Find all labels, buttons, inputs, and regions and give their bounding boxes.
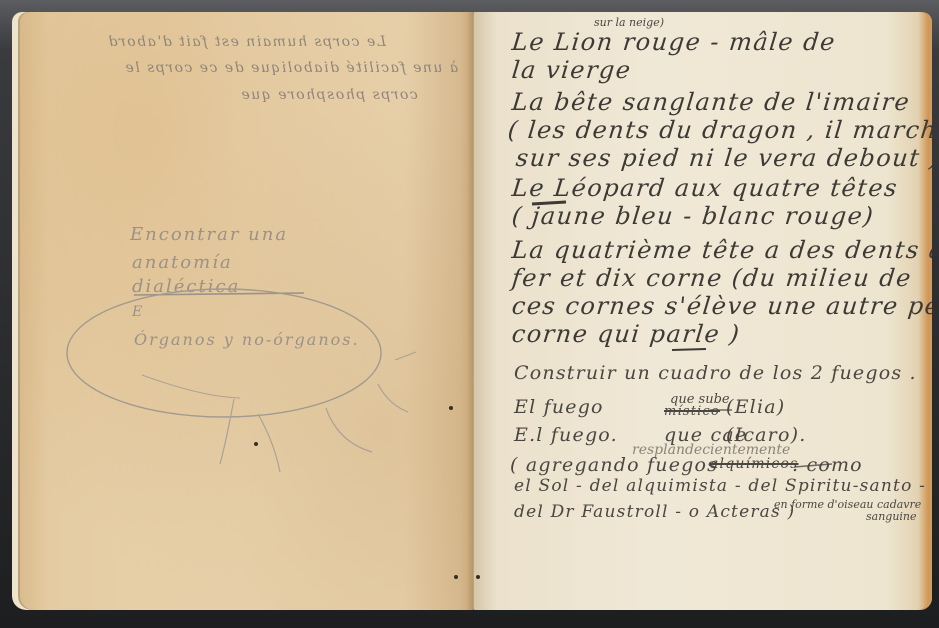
pencil-note-line-3: dialéctica <box>132 276 240 297</box>
bleed-through-line-3: corps phosphore que <box>240 87 418 103</box>
pencil-note-line-1: Encontrar una <box>130 224 288 245</box>
ink-spot <box>476 575 480 579</box>
ink-line-11: corne qui parle ) <box>511 320 742 348</box>
ink-line-7: ( jaune bleu - blanc rouge) <box>511 202 876 230</box>
bleed-text: Le corps humain est fait d'abord <box>107 34 386 50</box>
open-notebook: Le corps humain est fait d'abord à une f… <box>12 12 932 612</box>
ink-spot <box>449 406 453 410</box>
ink-spot <box>254 442 258 446</box>
ink-line-10: ces cornes s'élève une autre petite <box>511 292 932 320</box>
bleed-text: corps phosphore que <box>240 87 418 103</box>
ink-line-8: La quatrième tête a des dents a <box>511 236 932 264</box>
pencil-line-5: del Dr Faustroll - o Acteras ) <box>514 502 795 522</box>
pencil-note-line-2: anatomía <box>132 252 233 273</box>
right-page: sur la neige) Le Lion rouge - mâle de la… <box>474 12 932 610</box>
photo-background: Le corps humain est fait d'abord à une f… <box>0 0 939 628</box>
bleed-text: à une facilité diabolique de ce corps le <box>124 60 458 76</box>
pencil-line-1-crossed: místico <box>664 404 720 419</box>
ink-line-1: Le Lion rouge - mâle de <box>511 28 838 56</box>
ink-line-2: la vierge <box>511 56 634 84</box>
pencil-heading: Construir un cuadro de los 2 fuegos . <box>514 362 917 384</box>
ink-line-4: ( les dents du dragon , il marche <box>507 116 932 144</box>
pencil-letter: E <box>132 304 144 320</box>
ink-spot <box>454 575 458 579</box>
pencil-line-3-suffix: . como <box>792 454 863 476</box>
ink-line-9: fer et dix corne (du milieu de <box>511 264 914 292</box>
ink-line-5: sur ses pied ni le vera debout ) <box>515 144 932 172</box>
left-page: Le corps humain est fait d'abord à une f… <box>12 12 474 610</box>
pencil-line-2-prefix: E.l fuego. <box>514 424 618 446</box>
ink-line-3: La bête sanglante de l'imaire <box>511 88 912 116</box>
margin-note-2: sanguine <box>866 510 917 523</box>
oval-text: Órganos y no-órganos. <box>134 330 360 349</box>
pencil-line-1-prefix: El fuego <box>514 396 604 418</box>
pencil-line-1-paren: (Elia) <box>726 396 785 418</box>
pencil-line-4: el Sol - del alquimista - del Spiritu-sa… <box>514 476 926 496</box>
bleed-through-line-1: Le corps humain est fait d'abord <box>107 34 386 50</box>
pencil-line-3-text: ( agregando fuegos <box>510 454 718 476</box>
pencil-line-3-crossed: alquímicos <box>710 456 799 472</box>
bleed-through-line-2: à une facilité diabolique de ce corps le <box>124 60 458 76</box>
ink-line-6: Le Léopard aux quatre têtes <box>511 174 900 202</box>
